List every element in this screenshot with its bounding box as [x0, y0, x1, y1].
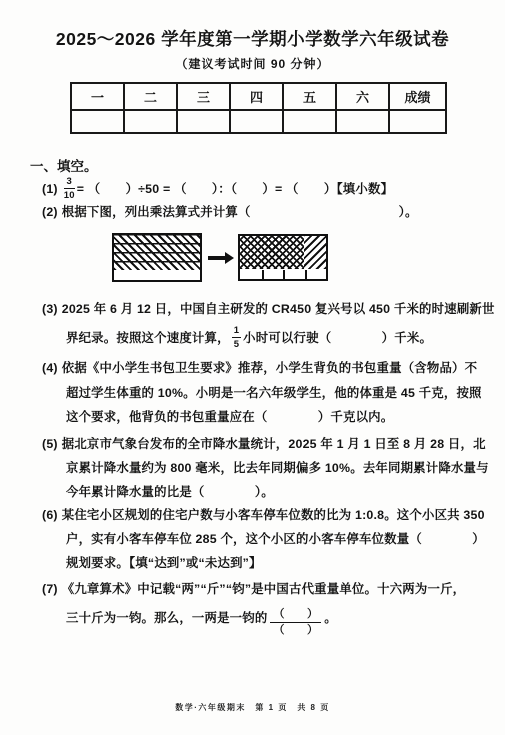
question-7-line-1: (7)《九章算术》中记载“两”“斤”“钧”是中国古代重量单位。十六两为一斤，	[42, 582, 465, 598]
question-3-line-2: 界纪录。按照这个速度计算，15小时可以行驶（ ）千米。	[66, 326, 432, 349]
question-1-label: (1)	[42, 182, 58, 196]
question-2: (2)根据下图，列出乘法算式并计算（）。	[42, 205, 418, 221]
score-empty-cell	[230, 110, 283, 133]
score-header-cell: 一	[71, 83, 124, 110]
score-table: 一 二 三 四 五 六 成绩	[70, 82, 447, 134]
diagonal-hatch-area	[114, 235, 200, 270]
page-title: 2025～2026 学年度第一学期小学数学六年级试卷	[0, 26, 505, 51]
right-rectangle-partitioned	[238, 234, 328, 281]
score-header-cell: 五	[283, 83, 336, 110]
score-table-empty-row	[71, 110, 446, 133]
question-5-line-1: (5)据北京市气象台发布的全市降水量统计，2025 年 1 月 1 日至 8 月…	[42, 437, 486, 453]
page-footer: 数学·六年级期末 第 1 页 共 8 页	[0, 702, 505, 713]
question-4-label: (4)	[42, 361, 58, 375]
question-5-line-2: 京累计降水量约为 800 毫米，比去年同期偏多 10%。去年同期累计降水量与	[66, 461, 489, 477]
left-rectangle-four-fifths-shaded	[112, 233, 202, 282]
arrow-icon	[208, 252, 234, 264]
question-3-line-1: (3)2025 年 6 月 12 日，中国自主研发的 CR450 复兴号以 45…	[42, 302, 495, 318]
score-empty-cell	[336, 110, 389, 133]
question-6-line-2: 户，实有小客车停车位 285 个，这个小区的小客车停车位数量（ ）	[66, 532, 485, 548]
question-3-text: 2025 年 6 月 12 日，中国自主研发的 CR450 复兴号以 450 千…	[62, 302, 495, 316]
question-2-label: (2)	[42, 205, 58, 219]
fraction-1-5: 15	[232, 326, 241, 349]
question-5-label: (5)	[42, 437, 58, 451]
question-7-line-2: 三十斤为一钧。那么，一两是一钧的（ ）（ ）。	[66, 609, 337, 636]
score-empty-cell	[283, 110, 336, 133]
question-2-close: ）。	[399, 205, 418, 219]
score-header-cell: 三	[177, 83, 230, 110]
score-empty-cell	[124, 110, 177, 133]
score-empty-cell	[389, 110, 446, 133]
score-table-header-row: 一 二 三 四 五 六 成绩	[71, 83, 446, 110]
question-4-line-1: (4)依据《中小学生书包卫生要求》推荐，小学生背负的书包重量（含物品）不	[42, 361, 477, 377]
cross-hatch-area	[240, 236, 304, 269]
exam-duration-note: （建议考试时间 90 分钟）	[0, 55, 505, 72]
quarter-tick	[262, 270, 264, 279]
question-4-line-3: 这个要求，他背负的书包重量应在（ ）千克以内。	[66, 410, 393, 426]
score-header-cell: 成绩	[389, 83, 446, 110]
section-1-heading: 一、填空。	[30, 155, 98, 175]
question-7-label: (7)	[42, 582, 58, 596]
score-header-cell: 二	[124, 83, 177, 110]
score-empty-cell	[71, 110, 124, 133]
score-header-cell: 四	[230, 83, 283, 110]
question-5-line-3: 今年累计降水量的比是（ ）。	[66, 485, 274, 501]
score-empty-cell	[177, 110, 230, 133]
question-6-label: (6)	[42, 508, 58, 522]
question-4-line-2: 超过学生体重的 10%。小明是一名六年级学生，他的体重是 45 千克，按照	[66, 386, 482, 402]
score-header-cell: 六	[336, 83, 389, 110]
question-2-text: 根据下图，列出乘法算式并计算（	[62, 205, 251, 219]
question-1: (1)310= （ ）÷50 = （ ）：（ ）= （ ）【填小数】	[42, 177, 393, 200]
question-1-text: = （ ）÷50 = （ ）：（ ）= （ ）【填小数】	[77, 182, 393, 196]
blank-fraction: （ ）（ ）	[270, 609, 321, 636]
diagonal-hatch-area	[304, 236, 326, 269]
question-6-line-3: 规划要求。【填“达到”或“未达到”】	[66, 556, 262, 572]
exam-paper: 2025～2026 学年度第一学期小学数学六年级试卷 （建议考试时间 90 分钟…	[0, 0, 505, 735]
question-6-line-1: (6)某住宅小区规划的住宅户数与小客车停车位数的比为 1:0.8。这个小区共 3…	[42, 508, 485, 524]
fraction-3-10: 310	[64, 177, 75, 200]
quarter-tick	[305, 270, 307, 279]
quarter-tick	[283, 270, 285, 279]
question-3-label: (3)	[42, 302, 58, 316]
